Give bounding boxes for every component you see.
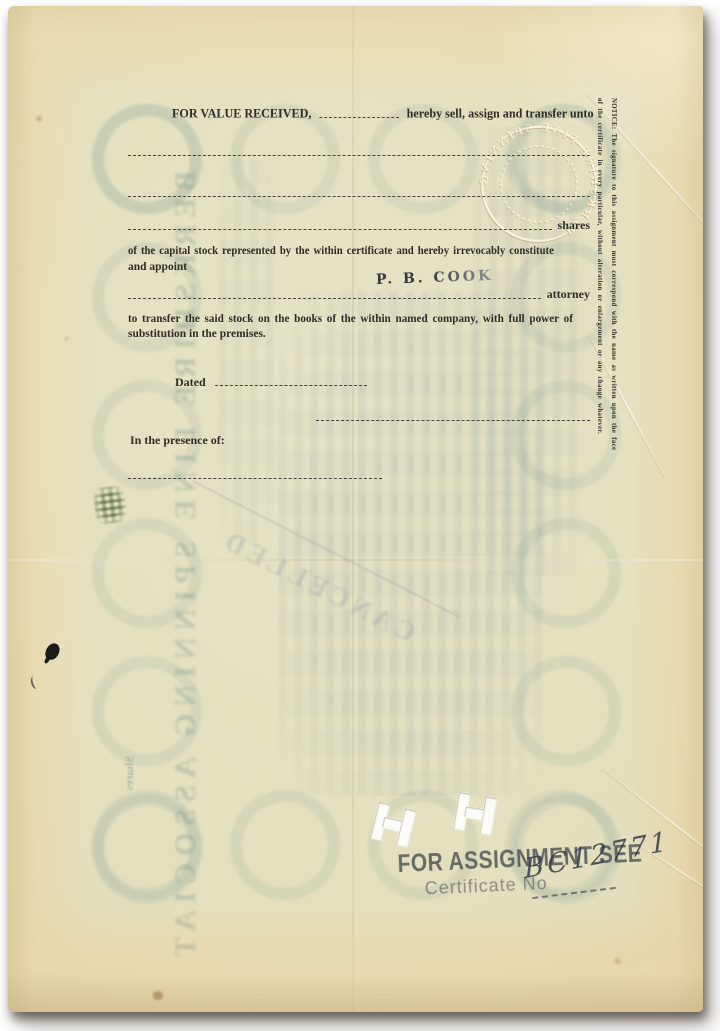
dated-label: Dated [175,375,206,389]
ink-blot [44,641,62,661]
shares-line: shares [128,218,590,233]
blank-assignor [319,104,399,118]
attorney-line: attorney [128,287,590,302]
notice-line-2: of the certificate in every particular, … [592,98,606,470]
blank-shares [128,229,552,230]
value-received-line: FOR VALUE RECEIVED, hereby sell, assign … [172,104,594,122]
capital-stock-clause: of the capital stock represented by the … [128,245,554,257]
horizontal-fold [8,559,703,561]
value-received-label: FOR VALUE RECEIVED, [172,107,311,121]
blank-line-transferee-1 [128,155,590,156]
ink-mark [29,675,40,690]
foxing-spot [614,958,621,964]
h-punch-cancellation [453,792,496,834]
scanned-certificate-back: BERKSHIRE FINE SPINNING ASSOCIATES, INC … [0,0,720,1031]
foxing-spot [64,336,69,341]
ghost-shares-text: Shares [122,756,137,876]
foxing-spot [36,116,42,122]
blank-line-transferee-2 [128,196,590,197]
notice-line-1: NOTICE: The signature to this assignment… [606,98,620,470]
shares-label: shares [558,218,590,233]
dated-line: Dated [175,373,367,390]
attorney-label: attorney [547,287,590,302]
vertical-fold [352,6,354,1012]
green-ink-stamp [92,484,128,526]
ghost-text-block [218,156,278,546]
foxing-spot [153,991,163,1000]
certificate-paper: BERKSHIRE FINE SPINNING ASSOCIATES, INC … [8,6,703,1012]
substitution-clause: substitution in the premises. [128,328,266,340]
signature-line [316,420,590,421]
transfer-clause: hereby sell, assign and transfer unto [407,107,594,121]
appoint-clause: and appoint [128,261,187,273]
blank-date [215,373,367,386]
witness-line [128,478,382,479]
blank-attorney [128,298,541,299]
transfer-power-clause: to transfer the said stock on the books … [128,313,573,325]
presence-label: In the presence of: [130,433,225,448]
signature-notice: NOTICE: The signature to this assignment… [588,98,620,470]
